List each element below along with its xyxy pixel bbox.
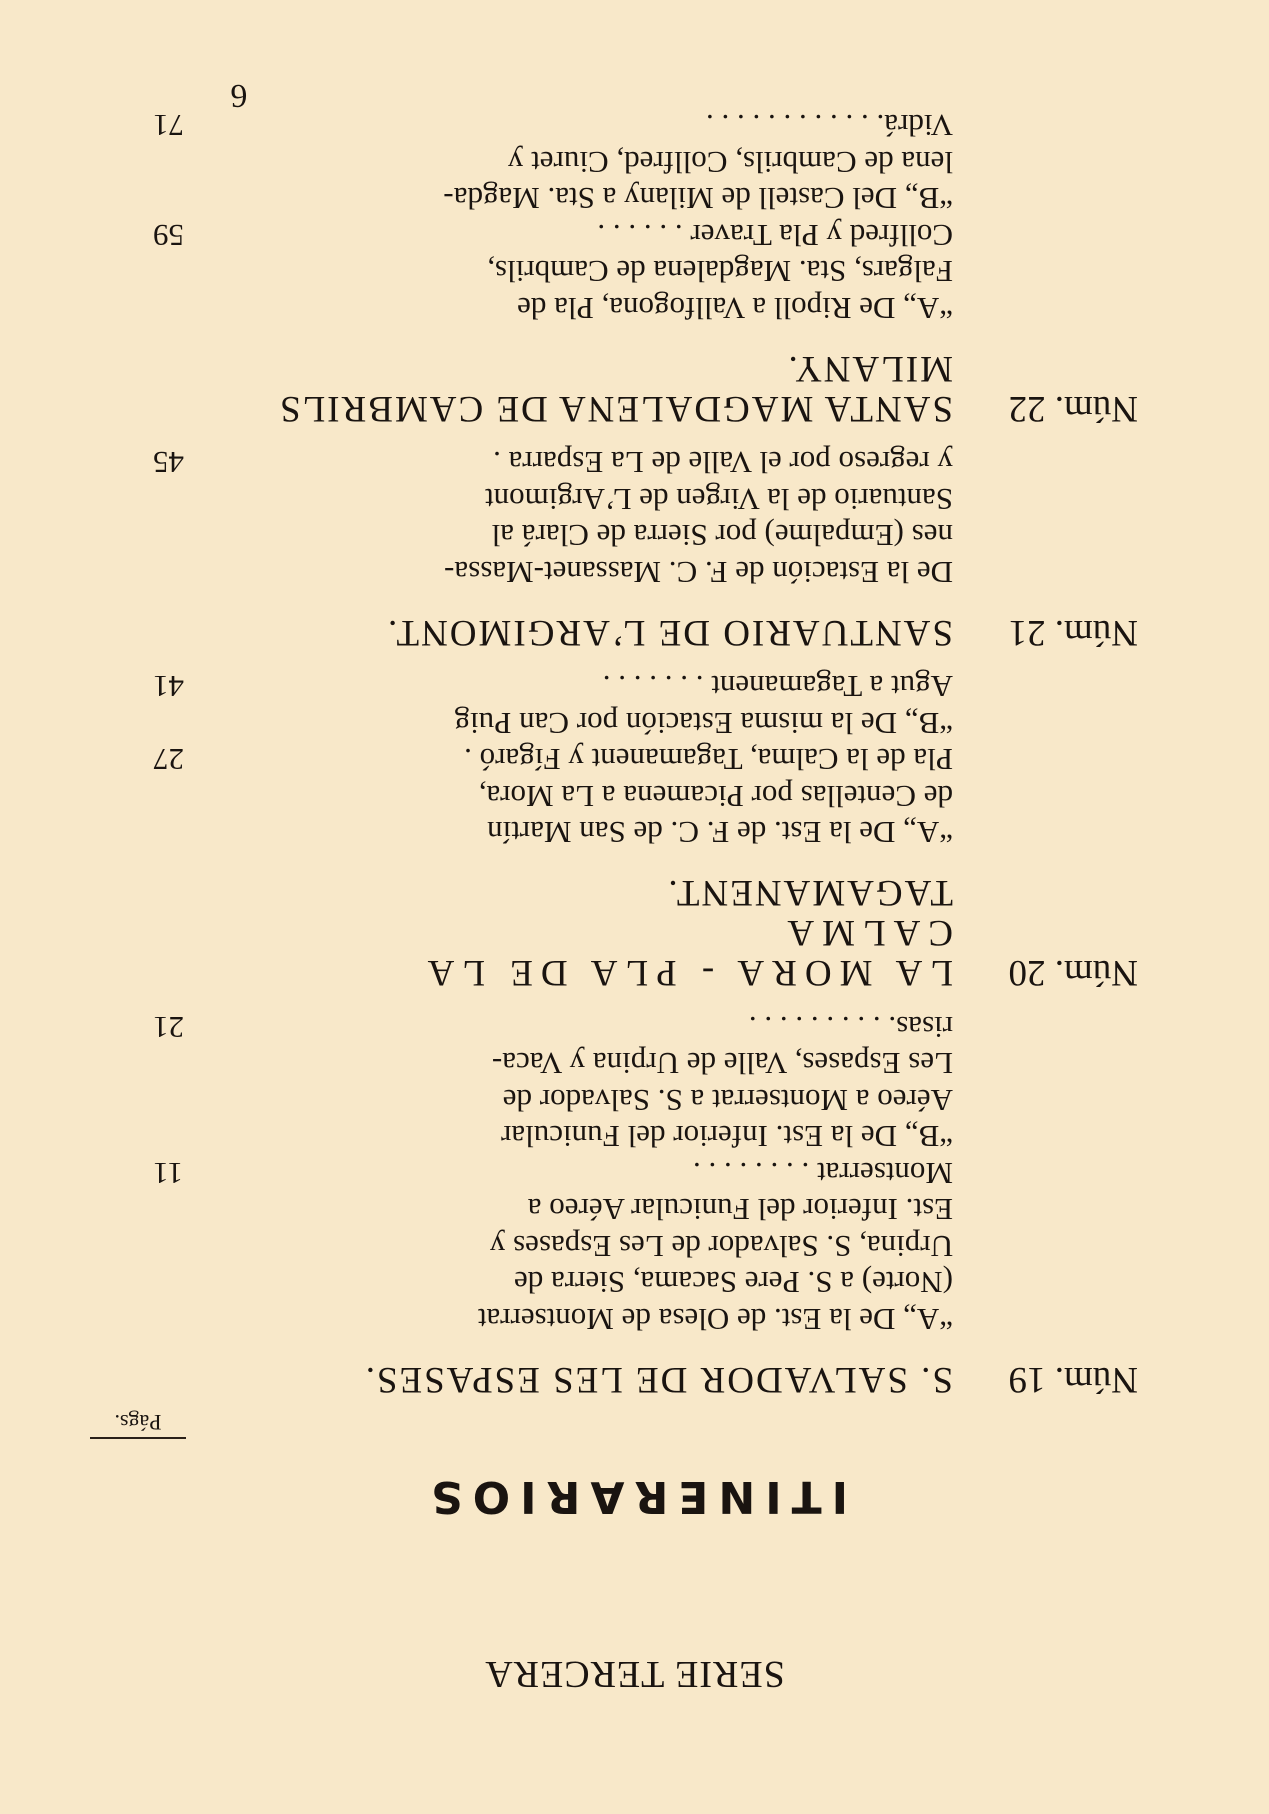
entry-number: Núm. 20 [953, 953, 1269, 993]
route-item: “B„ De la Est. Inferior del Funicular Aé… [0, 1009, 1269, 1155]
route-line: Les Espases, Valle de Urpina y Vaca- [273, 1045, 953, 1082]
pages-column-label: Págs. [90, 1409, 186, 1439]
route-line: Montserrat . . . . . . . . [273, 1155, 953, 1192]
route-line: Urpina, S. Salvador de Les Espases y [273, 1228, 953, 1265]
route-line: Vidrá. . . . . . . . . . . . [273, 107, 953, 144]
entry-heading-line: MILANY. [263, 348, 953, 388]
entry-heading-line: S. SALVADOR DE LES ESPASES. [263, 1359, 953, 1399]
entry-heading-line: LA MORA - PLA DE LA CALMA [263, 913, 953, 993]
route-line: Collfred y Pla Traver . . . . . . [273, 217, 953, 254]
entry-heading: S. SALVADOR DE LES ESPASES. [263, 1359, 953, 1399]
route-line: Est. Inferior del Funicular Aéreo a [273, 1191, 953, 1228]
route-description: “B„ Del Castell de Milany a Sta. Magda- … [273, 107, 953, 217]
route-item: “B„ De la misma Estación por Can Puig Ag… [0, 668, 1269, 741]
route-item: “A„ De Ripoll a Vallfogona, Pla de Falga… [0, 217, 1269, 327]
route-page-number: 27 [153, 741, 273, 778]
entry-heading-line: SANTUARIO DE L’ARGIMONT. [263, 612, 953, 652]
route-page-number: 45 [153, 444, 273, 481]
route-line: (Norte) a S. Pere Sacama, Sierra de [273, 1264, 953, 1301]
entry-heading: LA MORA - PLA DE LA CALMA TAGAMANENT. [263, 873, 953, 993]
route-line: y regreso por el Valle de La Esparra . [273, 444, 953, 481]
route-description: “A„ De la Est. de Olesa de Montserrat (N… [273, 1155, 953, 1338]
route-line: “A„ De Ripoll a Vallfogona, Pla de [273, 290, 953, 327]
route-line: “A„ De la Est. de F. C. de San Martín [273, 814, 953, 851]
route-line: Agut a Tagamanent . . . . . . . [273, 668, 953, 705]
entry-heading-line: SANTA MAGDALENA DE CAMBRILS [263, 388, 953, 428]
itinerary-list: Núm. 19 S. SALVADOR DE LES ESPASES. “A„ … [0, 107, 1269, 1399]
route-page-number: 11 [153, 1155, 273, 1192]
route-page-number: 41 [153, 668, 273, 705]
route-line: nes (Empalme) por Sierra de Clará al [273, 517, 953, 554]
itinerary-entry: Núm. 21 SANTUARIO DE L’ARGIMONT. De la E… [0, 444, 1269, 652]
route-line: De la Estación de F. C. Massanet-Massa- [273, 554, 953, 591]
route-description: De la Estación de F. C. Massanet-Massa- … [273, 444, 953, 590]
route-line: risas. . . . . . . . . . [273, 1009, 953, 1046]
route-page-number: 21 [153, 1009, 273, 1046]
route-item: De la Estación de F. C. Massanet-Massa- … [0, 444, 1269, 590]
route-item: “A„ De la Est. de Olesa de Montserrat (N… [0, 1155, 1269, 1338]
route-description: “A„ De la Est. de F. C. de San Martín de… [273, 741, 953, 851]
entry-number: Núm. 21 [953, 612, 1269, 652]
route-line: Pla de la Calma, Tagamanent y Fígaró . [273, 741, 953, 778]
route-line: “B„ Del Castell de Milany a Sta. Magda- [273, 180, 953, 217]
entry-number: Núm. 19 [953, 1359, 1269, 1399]
route-line: Santuario de la Virgen de L’Argimont [273, 481, 953, 518]
entry-number: Núm. 22 [953, 388, 1269, 428]
route-item: “A„ De la Est. de F. C. de San Martín de… [0, 741, 1269, 851]
document-page: SERIE TERCERA ITINERARIOS Págs. Núm. 19 … [0, 0, 1269, 1814]
route-line: “A„ De la Est. de Olesa de Montserrat [273, 1301, 953, 1338]
entry-heading: SANTUARIO DE L’ARGIMONT. [263, 612, 953, 652]
route-line: Aéreo a Montserrat a S. Salvador de [273, 1082, 953, 1119]
route-item: “B„ Del Castell de Milany a Sta. Magda- … [0, 107, 1269, 217]
entry-heading-line: TAGAMANENT. [263, 873, 953, 913]
itinerary-entry: Núm. 20 LA MORA - PLA DE LA CALMA TAGAMA… [0, 668, 1269, 993]
route-line: Falgars, Sta. Magdalena de Cambrils, [273, 253, 953, 290]
route-line: de Centellas por Picamena a La Mora, [273, 778, 953, 815]
itinerary-entry: Núm. 22 SANTA MAGDALENA DE CAMBRILS MILA… [0, 107, 1269, 428]
route-line: “B„ De la Est. Inferior del Funicular [273, 1118, 953, 1155]
route-line: “B„ De la misma Estación por Can Puig [273, 705, 953, 742]
route-description: “A„ De Ripoll a Vallfogona, Pla de Falga… [273, 217, 953, 327]
entry-heading: SANTA MAGDALENA DE CAMBRILS MILANY. [263, 348, 953, 428]
series-title: SERIE TERCERA [0, 1652, 1269, 1696]
page-number: 6 [209, 76, 269, 114]
section-title: ITINERARIOS [0, 1471, 1269, 1522]
route-page-number: 59 [153, 217, 273, 254]
route-line: lena de Cambrils, Collfred, Ciuret y [273, 144, 953, 181]
itinerary-entry: Núm. 19 S. SALVADOR DE LES ESPASES. “A„ … [0, 1009, 1269, 1400]
route-description: “B„ De la Est. Inferior del Funicular Aé… [273, 1009, 953, 1155]
route-description: “B„ De la misma Estación por Can Puig Ag… [273, 668, 953, 741]
